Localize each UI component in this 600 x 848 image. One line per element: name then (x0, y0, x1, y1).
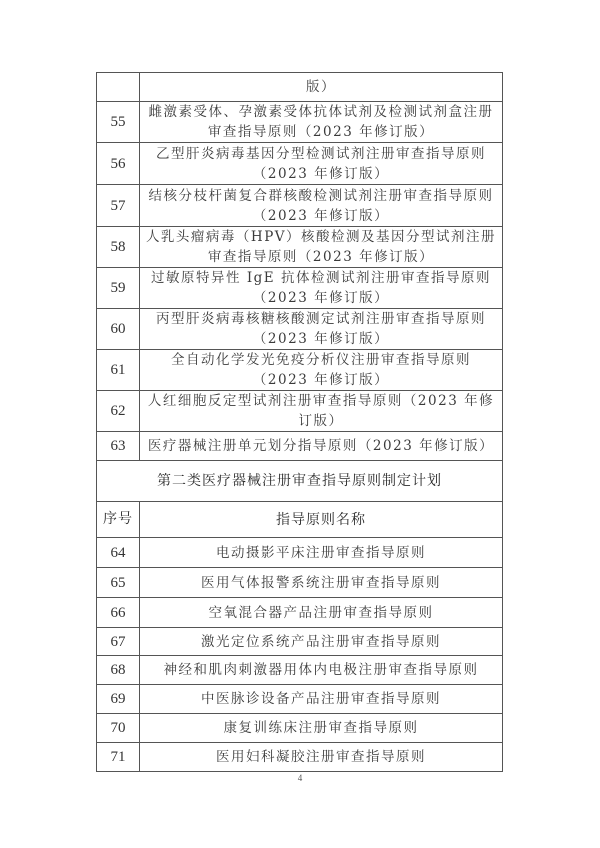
row-number-cell: 67 (97, 628, 140, 656)
row-name-cell: 乙型肝炎病毒基因分型检测试剂注册审查指导原则（2023 年修订版） (140, 143, 503, 185)
table-row: 60 丙型肝炎病毒核糖核酸测定试剂注册审查指导原则（2023 年修订版） (97, 309, 503, 350)
row-name-cell: 医用气体报警系统注册审查指导原则 (140, 568, 503, 598)
row-number-cell: 62 (97, 391, 140, 432)
row-name-cell: 人红细胞反定型试剂注册审查指导原则（2023 年修订版） (140, 391, 503, 432)
row-number-cell: 65 (97, 568, 140, 598)
row-number-cell: 69 (97, 685, 140, 714)
page-number: 4 (294, 773, 306, 783)
row-number-cell: 68 (97, 656, 140, 685)
row-name-cell: 结核分枝杆菌复合群核酸检测试剂注册审查指导原则（2023 年修订版） (140, 185, 503, 227)
row-name-cell: 空氧混合器产品注册审查指导原则 (140, 598, 503, 628)
table-row: 62 人红细胞反定型试剂注册审查指导原则（2023 年修订版） (97, 391, 503, 432)
row-number-cell: 66 (97, 598, 140, 628)
table-row: 61 全自动化学发光免疫分析仪注册审查指导原则（2023 年修订版） (97, 350, 503, 391)
table-row: 55 雌激素受体、孕激素受体抗体试剂及检测试剂盒注册审查指导原则（2023 年修… (97, 102, 503, 143)
row-number-cell: 63 (97, 432, 140, 461)
table-row: 70 康复训练床注册审查指导原则 (97, 714, 503, 743)
row-name-cell: 人乳头瘤病毒（HPV）核酸检测及基因分型试剂注册审查指导原则（2023 年修订版… (140, 227, 503, 268)
table-row: 66 空氧混合器产品注册审查指导原则 (97, 598, 503, 628)
row-number-cell: 57 (97, 185, 140, 227)
row-number-cell: 64 (97, 538, 140, 568)
table-row: 64 电动摄影平床注册审查指导原则 (97, 538, 503, 568)
row-number-cell: 70 (97, 714, 140, 743)
row-name-cell: 激光定位系统产品注册审查指导原则 (140, 628, 503, 656)
row-number-cell: 59 (97, 268, 140, 309)
row-number-cell: 55 (97, 102, 140, 143)
row-number-cell: 58 (97, 227, 140, 268)
section-title: 第二类医疗器械注册审查指导原则制定计划 (97, 461, 503, 502)
guideline-table: 版） 55 雌激素受体、孕激素受体抗体试剂及检测试剂盒注册审查指导原则（2023… (96, 72, 503, 772)
row-name-cell: 雌激素受体、孕激素受体抗体试剂及检测试剂盒注册审查指导原则（2023 年修订版） (140, 102, 503, 143)
row-number-cell: 71 (97, 743, 140, 772)
row-number-cell (97, 73, 140, 102)
table-row: 63 医疗器械注册单元划分指导原则（2023 年修订版） (97, 432, 503, 461)
row-name-cell: 丙型肝炎病毒核糖核酸测定试剂注册审查指导原则（2023 年修订版） (140, 309, 503, 350)
table-row: 71 医用妇科凝胶注册审查指导原则 (97, 743, 503, 772)
row-name-cell: 医疗器械注册单元划分指导原则（2023 年修订版） (140, 432, 503, 461)
row-number-cell: 60 (97, 309, 140, 350)
table-row: 65 医用气体报警系统注册审查指导原则 (97, 568, 503, 598)
header-row: 序号 指导原则名称 (97, 502, 503, 538)
row-name-cell: 版） (140, 73, 503, 102)
table-row: 67 激光定位系统产品注册审查指导原则 (97, 628, 503, 656)
row-name-cell: 中医脉诊设备产品注册审查指导原则 (140, 685, 503, 714)
row-name-cell: 神经和肌肉刺激器用体内电极注册审查指导原则 (140, 656, 503, 685)
table-row: 69 中医脉诊设备产品注册审查指导原则 (97, 685, 503, 714)
section-title-row: 第二类医疗器械注册审查指导原则制定计划 (97, 461, 503, 502)
column-header-name: 指导原则名称 (140, 502, 503, 538)
table-row: 57 结核分枝杆菌复合群核酸检测试剂注册审查指导原则（2023 年修订版） (97, 185, 503, 227)
row-name-cell: 医用妇科凝胶注册审查指导原则 (140, 743, 503, 772)
table-row-continuation: 版） (97, 73, 503, 102)
row-number-cell: 56 (97, 143, 140, 185)
row-name-cell: 康复训练床注册审查指导原则 (140, 714, 503, 743)
row-name-cell: 过敏原特异性 IgE 抗体检测试剂注册审查指导原则（2023 年修订版） (140, 268, 503, 309)
table-row: 68 神经和肌肉刺激器用体内电极注册审查指导原则 (97, 656, 503, 685)
row-number-cell: 61 (97, 350, 140, 391)
table-row: 59 过敏原特异性 IgE 抗体检测试剂注册审查指导原则（2023 年修订版） (97, 268, 503, 309)
table-row: 58 人乳头瘤病毒（HPV）核酸检测及基因分型试剂注册审查指导原则（2023 年… (97, 227, 503, 268)
row-name-cell: 电动摄影平床注册审查指导原则 (140, 538, 503, 568)
row-name-cell: 全自动化学发光免疫分析仪注册审查指导原则（2023 年修订版） (140, 350, 503, 391)
table-row: 56 乙型肝炎病毒基因分型检测试剂注册审查指导原则（2023 年修订版） (97, 143, 503, 185)
column-header-number: 序号 (97, 502, 140, 538)
